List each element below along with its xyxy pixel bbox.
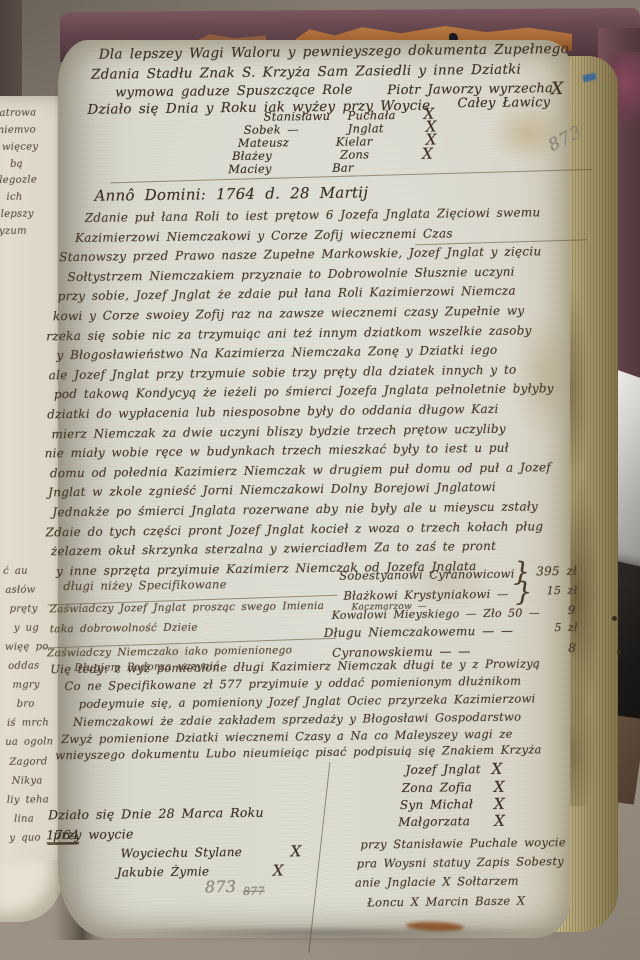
- facing-page-fragment: legozle: [0, 174, 37, 185]
- facing-page-fragment: atrowa: [0, 107, 36, 118]
- facing-page-fragment: liy teha: [7, 794, 49, 806]
- facing-page-fragment: y ug: [14, 622, 39, 633]
- signature-x-mark: X: [491, 760, 502, 778]
- ledger-amount: 395 zł: [529, 564, 577, 579]
- ledger-amount: 8: [538, 641, 576, 655]
- date-heading: Annô Domini: 1764 d. 28 Martij: [94, 183, 368, 204]
- ledger-brace: }: [515, 577, 532, 607]
- pencil-page-number: 873: [545, 122, 586, 156]
- closing-line: Niemczakowi że zdaie zakładem sprzedaży …: [73, 710, 521, 729]
- facing-page-fragment: pręty: [9, 603, 37, 614]
- manuscript-photo: atrowa niemvo więcey bą legozle ich leps…: [0, 0, 640, 960]
- signature-name: Jozef Jnglat: [405, 762, 480, 777]
- witness-surname: Zons: [340, 147, 369, 161]
- facing-page-fragment: ua ogoln: [5, 736, 53, 748]
- witness-surname: Bar: [332, 161, 354, 175]
- ledger-note: długi niżey Specifikowane: [63, 577, 227, 593]
- signature-x-mark: X: [494, 778, 505, 796]
- facing-page-fragment: ich: [6, 192, 22, 203]
- handwriting-layer: atrowa niemvo więcey bą legozle ich leps…: [0, 0, 640, 960]
- ledger-amount: 9: [536, 603, 576, 617]
- header-signer-x-mark: X: [551, 79, 564, 99]
- attestation-line: anie Jnglacie X Sołtarzem: [355, 874, 519, 890]
- ledger-entry-label: Długu Niemczakowemu — —: [324, 624, 514, 640]
- facing-page-fragment: lina: [14, 814, 34, 825]
- body-line: mierz Niemczak za dwie uczyni bliszy byd…: [51, 422, 506, 442]
- body-line: rzeka się sobie nic za trzymuiąc ani też…: [46, 323, 532, 343]
- facing-page-fragment: mgry: [12, 679, 39, 690]
- closing-line: podeymuie się, a pomieniony Jozef Jnglat…: [79, 691, 536, 711]
- ledger-entry-label: Błażkowi Krystyniakowi —: [343, 587, 508, 603]
- header-note: Całey Ławicy: [457, 95, 550, 111]
- colophon-line: 1764 przy woycie: [46, 827, 53, 842]
- colophon-line: Działo się Dnie 28 Marca Roku: [48, 805, 264, 823]
- body-line: kowi y Corze swoiey Zofij raz na zawsze …: [53, 303, 525, 323]
- witness-name: Maciey: [228, 162, 272, 177]
- facing-page-fragment: więcey: [2, 141, 38, 152]
- ledger-entry-label: Kowalowi Mieyskiego — Zło 50 —: [332, 606, 541, 622]
- attestation-line: pra Woysni statuy Zapis Sobesty: [357, 854, 564, 871]
- body-line: y Błogosławieństwo Na Kazimierza Niemcza…: [56, 343, 497, 362]
- column-divider-line: [308, 762, 330, 953]
- ledger-amount: 15 zł: [531, 584, 577, 598]
- body-line: Zdaie do tych części pront Jozef Jnglat …: [46, 519, 544, 539]
- facing-page-fragment: bro: [17, 699, 35, 710]
- facing-page-fragment: lepszy: [1, 208, 34, 219]
- attestation-line: Łoncu X Marcin Basze X: [367, 894, 525, 910]
- ledger-entry-label: Sobestyanowi Cyranowicowi: [339, 567, 515, 583]
- facing-page-fragment: oddas: [8, 660, 39, 671]
- body-line: Jnglat w zkole zgnieść Jorni Niemczakowi…: [48, 480, 496, 499]
- colophon-line-rest: przy woycie: [53, 826, 134, 842]
- pencil-page-number-crossed: 877: [243, 885, 265, 898]
- facing-page-fragment: asłów: [5, 584, 35, 595]
- body-line: pod takową Kondycyą że ieżeli po śmierci…: [54, 381, 554, 401]
- signature-name: Małgorzata: [398, 814, 470, 829]
- body-line: domu od połednia Kazimierz Niemczak w dr…: [50, 460, 551, 480]
- facing-page-fragment: iś mrch: [7, 717, 49, 729]
- body-line: żelazem okuł skrzynka sterzalna y zwierc…: [51, 539, 496, 558]
- colophon-witness-x-mark: X: [273, 861, 284, 879]
- ledger-note: Zaświadczy Niemczako iako pomienionego: [47, 644, 292, 659]
- facing-page-fragment: bą: [10, 159, 23, 170]
- header-line: Dla lepszey Wagi Waloru y pewnieyszego d…: [99, 41, 569, 63]
- closing-line: Co ne Specifikowane zł 577 przyimuie y o…: [64, 674, 521, 694]
- ledger-note: Zaświadczy Jozef Jnglat prosząc swego Im…: [49, 600, 324, 615]
- colophon-witness-name: Woyciechu Stylane: [120, 845, 242, 860]
- facing-page-fragment: ć au: [3, 566, 28, 577]
- facing-page-fragment: więę po: [5, 641, 49, 653]
- body-line: Jednakże po śmierci Jnglata rozerwane ab…: [52, 499, 538, 519]
- signature-x-mark: X: [494, 812, 505, 830]
- body-line: Zdanie puł łana Roli to iest prętow 6 Jo…: [85, 205, 541, 225]
- body-line: nie miały wobie ręce w budynkach trzech …: [45, 441, 509, 461]
- body-line: Stanowszy przed Prawo nasze Zupełne Mark…: [59, 244, 541, 264]
- header-line: Zdania Stadłu Znak S. Krzyża Sam Zasiedl…: [91, 62, 521, 83]
- body-line: Sołtystrzem Niemczakiem przyznaie to Dob…: [67, 265, 514, 284]
- witness-x-mark: X: [422, 145, 433, 163]
- facing-page-fragment: y quo: [9, 832, 41, 843]
- attestation-line: przy Stanisławie Puchale woycie: [360, 835, 566, 852]
- signature-name: Syn Michał: [400, 797, 473, 812]
- colophon-witness-name: Jakubie Żymie: [117, 864, 210, 879]
- facing-page-fragment: yzum: [0, 226, 27, 237]
- body-line: ale Jozef Jnglat przy trzymuie sobie trz…: [49, 363, 517, 383]
- pencil-page-number: 873: [205, 877, 237, 896]
- signature-x-mark: X: [494, 795, 505, 813]
- facing-page-fragment: niemvo: [0, 124, 36, 135]
- ledger-note: taka dobrowolność Dzieie: [50, 622, 198, 636]
- signature-name: Zona Zofia: [402, 780, 472, 795]
- body-line: przy sobie, Jozef Jnglat że zdaie puł ła…: [58, 284, 516, 304]
- body-line: Kazimierzowi Niemczakowi y Corze Zofij w…: [75, 226, 453, 245]
- header-line: wymowa gaduze Spuszczące Role: [115, 83, 353, 101]
- ledger-amount: 5 zł: [530, 621, 578, 635]
- facing-page-fragment: Zagord: [9, 756, 47, 767]
- colophon-witness-x-mark: X: [290, 842, 301, 860]
- body-line: dziatki do wypłacenia lub niesposobne by…: [47, 402, 499, 422]
- facing-page-fragment: Nikya: [12, 775, 43, 786]
